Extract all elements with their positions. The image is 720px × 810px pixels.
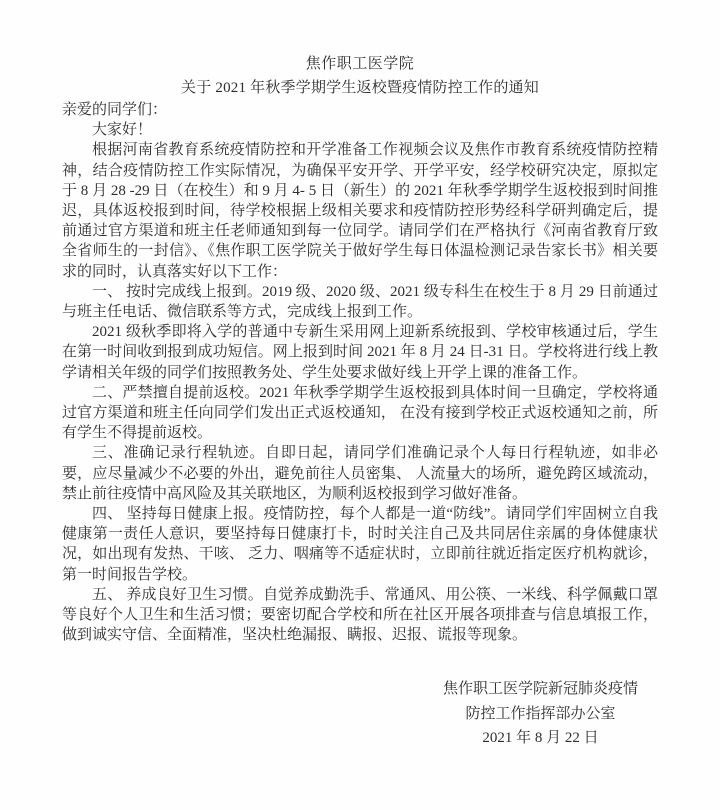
document-org-name: 焦作职工医学院 — [62, 52, 658, 76]
signature-block: 焦作职工医学院新冠肺炎疫情 防控工作指挥部办公室 2021 年 8 月 22 日 — [443, 677, 638, 751]
document-body: 亲爱的同学们： 大家好！ 根据河南省教育系统疫情防控和开学准备工作视频会议及焦作… — [62, 100, 658, 645]
paragraph-item-1-new-students: 2021 级秋季即将入学的普通中专新生采用网上迎新系统报到、学校审核通过后，学生… — [62, 322, 658, 383]
greeting: 大家好！ — [62, 120, 658, 140]
paragraph-item-4-daily-health-report: 四、 坚持每日健康上报。疫情防控，每个人都是一道“防线”。请同学们牢固树立自我健… — [62, 504, 658, 585]
paragraph-item-5-hygiene-habits: 五、 养成良好卫生习惯。自觉养成勤洗手、常通风、用公筷、一米线、科学佩戴口罩等良… — [62, 585, 658, 646]
signature-date: 2021 年 8 月 22 日 — [443, 726, 638, 751]
notice-document: 焦作职工医学院 关于 2021 年秋季学期学生返校暨疫情防控工作的通知 亲爱的同… — [0, 0, 720, 810]
salutation: 亲爱的同学们： — [62, 100, 658, 120]
signature-org-line1: 焦作职工医学院新冠肺炎疫情 — [443, 677, 638, 702]
document-title: 关于 2021 年秋季学期学生返校暨疫情防控工作的通知 — [62, 76, 658, 100]
paragraph-item-1-online-checkin: 一、 按时完成线上报到。2019 级、2020 级、2021 级专科生在校生于 … — [62, 282, 658, 322]
paragraph-item-3-travel-record: 三、准确记录行程轨迹。自即日起，请同学们准确记录个人每日行程轨迹，如非必要，应尽… — [62, 443, 658, 504]
paragraph-intro: 根据河南省教育系统疫情防控和开学准备工作视频会议及焦作市教育系统疫情防控精神，结… — [62, 140, 658, 281]
paragraph-item-2-no-early-return: 二、严禁擅自提前返校。2021 年秋季学期学生返校报到具体时间一旦确定，学校将通… — [62, 383, 658, 444]
signature-org-line2: 防控工作指挥部办公室 — [443, 702, 638, 727]
